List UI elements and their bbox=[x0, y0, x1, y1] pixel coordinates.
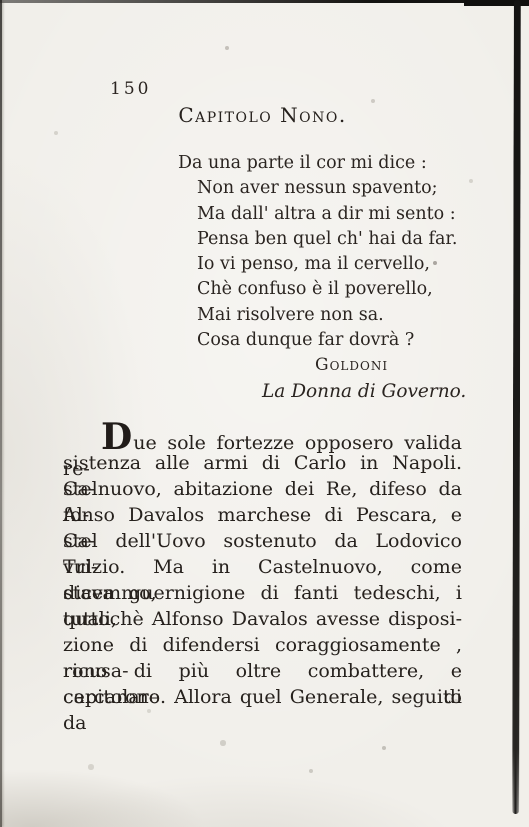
scan-edge-top bbox=[0, 0, 529, 3]
body-line: tuttochè Alfonso Davalos avesse disposi- bbox=[63, 606, 462, 632]
verse-line: Da una parte il cor mi dice : bbox=[178, 151, 478, 176]
chapter-heading: Capitolo Nono. bbox=[63, 103, 462, 127]
verse-line: Mai risolvere non sa. bbox=[178, 303, 478, 328]
epigraph-block: Da una parte il cor mi dice : Non aver n… bbox=[178, 151, 478, 404]
body-line: fonso Davalos marchese di Pescara, e Ca- bbox=[63, 502, 462, 528]
verse-line: Non aver nessun spavento; bbox=[178, 176, 478, 201]
body-line: capitolare. Allora quel Generale, seguit… bbox=[63, 684, 462, 710]
body-paragraph: Due sole fortezze opposero valida re- si… bbox=[63, 424, 462, 710]
body-line: vulzio. Ma in Castelnuovo, come dicemmo, bbox=[63, 554, 462, 580]
body-line: Due sole fortezze opposero valida re- bbox=[63, 424, 462, 450]
scan-edge-left bbox=[0, 0, 2, 827]
verse-line: Ma dall' altra a dir mi sento : bbox=[178, 202, 478, 227]
page-number: 150 bbox=[110, 79, 151, 99]
body-line: sistenza alle armi di Carlo in Napoli. C… bbox=[63, 450, 462, 476]
epigraph-work-title: La Donna di Governo. bbox=[178, 379, 478, 404]
verse-line: Chè confuso è il poverello, bbox=[178, 277, 478, 302]
body-line: zione di difendersi coraggiosamente , ri… bbox=[63, 632, 462, 658]
verse-line: Cosa dunque far dovrà ? bbox=[178, 328, 478, 353]
body-line: stava guernigione di fanti tedeschi, i q… bbox=[63, 580, 462, 606]
scan-specks bbox=[0, 0, 2, 2]
scan-edge-right bbox=[512, 0, 521, 814]
verse-attribution: Goldoni bbox=[178, 353, 478, 378]
verse-line: Pensa ben quel ch' hai da far. bbox=[178, 227, 478, 252]
body-line: stelnuovo, abitazione dei Re, difeso da … bbox=[63, 476, 462, 502]
scanned-book-page: 150 Capitolo Nono. Da una parte il cor m… bbox=[0, 0, 529, 827]
body-line: rono di più oltre combattere, e cercaron… bbox=[63, 658, 462, 684]
body-line: stel dell'Uovo sostenuto da Lodovico Tri… bbox=[63, 528, 462, 554]
verse-line: Io vi penso, ma il cervello, bbox=[178, 252, 478, 277]
